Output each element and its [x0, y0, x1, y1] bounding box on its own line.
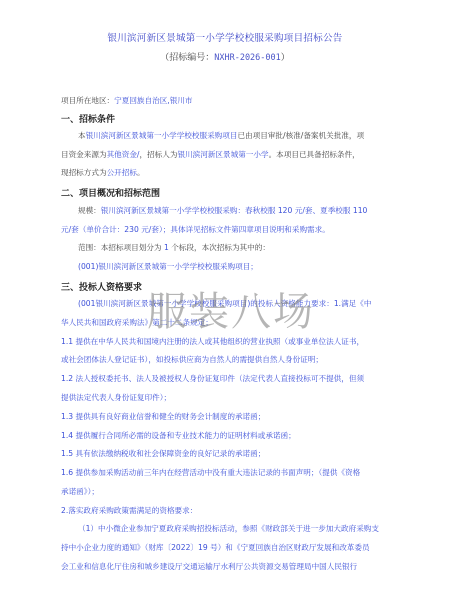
requirement-1-5: 1.5 具有依法缴纳税收和社会保障资金的良好记录的承诺函； [61, 449, 391, 459]
text: 。 [137, 168, 145, 177]
section1-heading: 一、招标条件 [61, 112, 115, 125]
section2-heading: 二、项目概况和招标范围 [61, 186, 160, 199]
text: 本 [78, 131, 86, 140]
region-value: 宁夏回族自治区,银川市 [114, 96, 192, 105]
requirement-1-6-line2: 承诺函》）； [61, 487, 391, 497]
tenderer-name: 银川滨河新区景城第一小学 [177, 150, 268, 159]
text: 个标段，本次招标为其中的： [169, 243, 270, 252]
scale-label: 规模： [78, 206, 101, 215]
requirement-1-3: 1.3 提供具有良好商业信誉和健全的财务会计制度的承诺函； [61, 412, 391, 422]
text: 现招标方式为 [61, 168, 107, 177]
tender-number-suffix: ） [281, 53, 290, 63]
requirement-1-6-line1: 1.6 提供参加采购活动前三年内在经营活动中没有重大违法记录的书面声明；（提供《… [61, 468, 391, 478]
qualification-intro-line2: 华人民共和国政府采购法》第二十二条规定； [61, 318, 391, 328]
text: 范围：本招标项目划分为 [78, 243, 164, 252]
tender-number: （招标编号：NXHR-2026-001） [0, 50, 450, 63]
requirement-2-1-line1: （1）中小微企业参加宁夏政府采购招投标活动，参照《财政部关于进一步加大政府采购支 [78, 524, 408, 534]
scale-line1: 规模：银川滨河新区景城第一小学学校校服采购：春秋校服 120 元/套、夏季校服 … [78, 206, 408, 216]
tender-number-code: NXHR-2026-001 [214, 53, 281, 63]
tender-announcement-page: 银川滨河新区景城第一小学学校校服采购项目招标公告 （招标编号：NXHR-2026… [0, 0, 450, 600]
project-name-link: 银川滨河新区景城第一小学学校校服采购项目 [86, 131, 238, 140]
section1-para-line2: 目资金来源为其他资金/，招标人为银川滨河新区景城第一小学。本项目已具备招标条件， [61, 150, 391, 160]
scale-line2: 元/套（单价合计：230 元/套）；具体详见招标文件第四章项目说明和采购需求。 [61, 225, 391, 235]
section1-para-line1: 本银川滨河新区景城第一小学学校校服采购项目已由项目审批/核准/备案机关批准，项 [78, 131, 408, 141]
range-line: 范围：本招标项目划分为 1 个标段，本次招标为其中的： [78, 243, 408, 253]
section1-para-line3: 现招标方式为公开招标。 [61, 168, 391, 178]
text: 已由项目审批/核准/备案机关批准，项 [237, 131, 364, 140]
section3-heading: 三、投标人资格要求 [61, 280, 142, 293]
requirement-2-1-line3: 会工业和信息化厅住房和城乡建设厅交通运输厅水利厅公共资源交易管理局中国人民银行 [61, 562, 391, 572]
fund-source: 其他资金/ [107, 150, 140, 159]
project-region: 项目所在地区：宁夏回族自治区,银川市 [61, 96, 391, 106]
requirement-1-2-line1: 1.2 法人授权委托书、法人及被授权人身份证复印件（法定代表人直接投标可不提供，… [61, 374, 391, 384]
requirement-1-2-line2: 提供法定代表人身份证复印件）； [61, 393, 391, 403]
requirement-2-1-line2: 持中小企业力度的通知》（财库〔2022〕19 号）和《宁夏回族自治区财政厅发展和… [61, 543, 391, 553]
region-label: 项目所在地区： [61, 96, 114, 105]
text: ，招标人为 [140, 150, 178, 159]
document-title: 银川滨河新区景城第一小学学校校服采购项目招标公告 [0, 30, 450, 44]
tender-method: 公开招标 [107, 168, 137, 177]
requirement-2: 2.落实政府采购政策需满足的资格要求： [61, 506, 391, 516]
qualification-intro-line1: (001银川滨河新区景城第一小学学校校服采购项目)的投标人资格能力要求：1.满足… [78, 299, 408, 309]
tender-number-prefix: （招标编号： [160, 53, 214, 63]
requirement-1-1-line2: 或社会团体法人登记证书），如投标供应商为自然人的需提供自然人身份证明； [61, 355, 391, 365]
requirement-1-4: 1.4 提供履行合同所必需的设备和专业技术能力的证明材料或承诺函； [61, 431, 391, 441]
text: 目资金来源为 [61, 150, 107, 159]
lot-item: (001)银川滨河新区景城第一小学学校校服采购项目； [78, 262, 408, 272]
text: 。本项目已具备招标条件， [269, 150, 360, 159]
scale-text: 银川滨河新区景城第一小学学校校服采购：春秋校服 120 元/套、夏季校服 110 [101, 206, 368, 215]
requirement-1-1-line1: 1.1 提供在中华人民共和国境内注册的法人或其他组织的营业执照（或事业单位法人证… [61, 337, 391, 347]
